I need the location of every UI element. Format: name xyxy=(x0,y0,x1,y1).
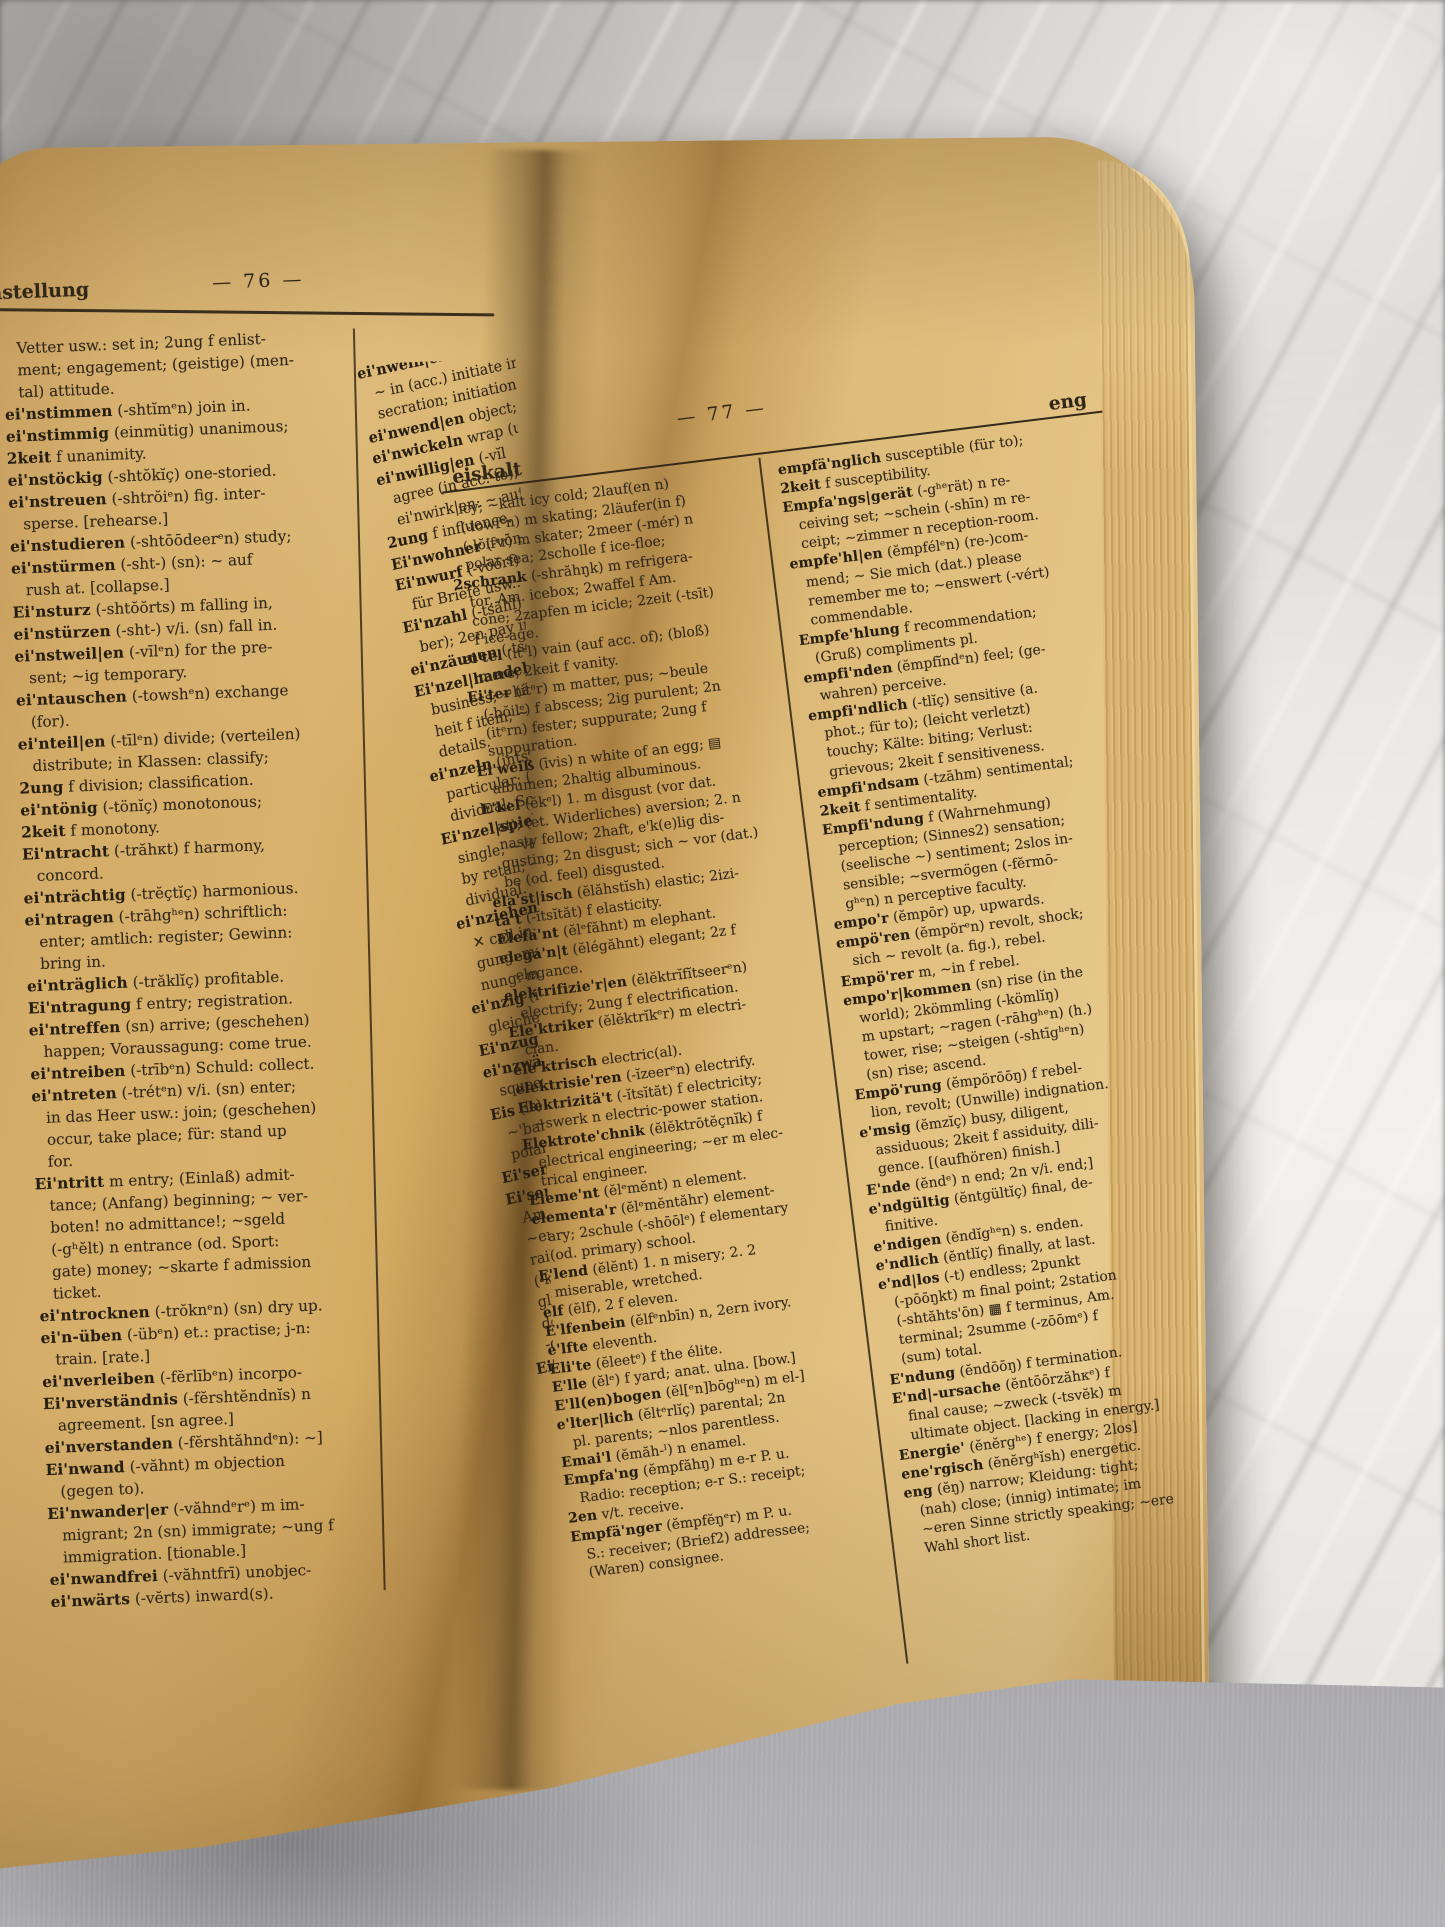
right-page-columns: icy; ~kalt icy cold; 2lauf(en n)(-lowfᵉn… xyxy=(443,422,1238,1602)
left-page-number: — 76 — xyxy=(212,268,305,294)
photo-of-open-dictionary: nstellung — 76 — Vetter usw.: set in; 2u… xyxy=(0,0,1445,1927)
left-catchword: nstellung xyxy=(0,279,90,305)
right-page-right-catchword: eng xyxy=(1048,389,1088,414)
right-page: eiskalt — 77 — eng icy; ~kalt icy cold; … xyxy=(436,361,1238,1602)
left-page-column-1: Vetter usw.: set in; 2ung f enlist-ment;… xyxy=(2,325,385,1613)
header-rule xyxy=(0,308,494,316)
right-page-left-catchword: eiskalt xyxy=(451,459,523,488)
